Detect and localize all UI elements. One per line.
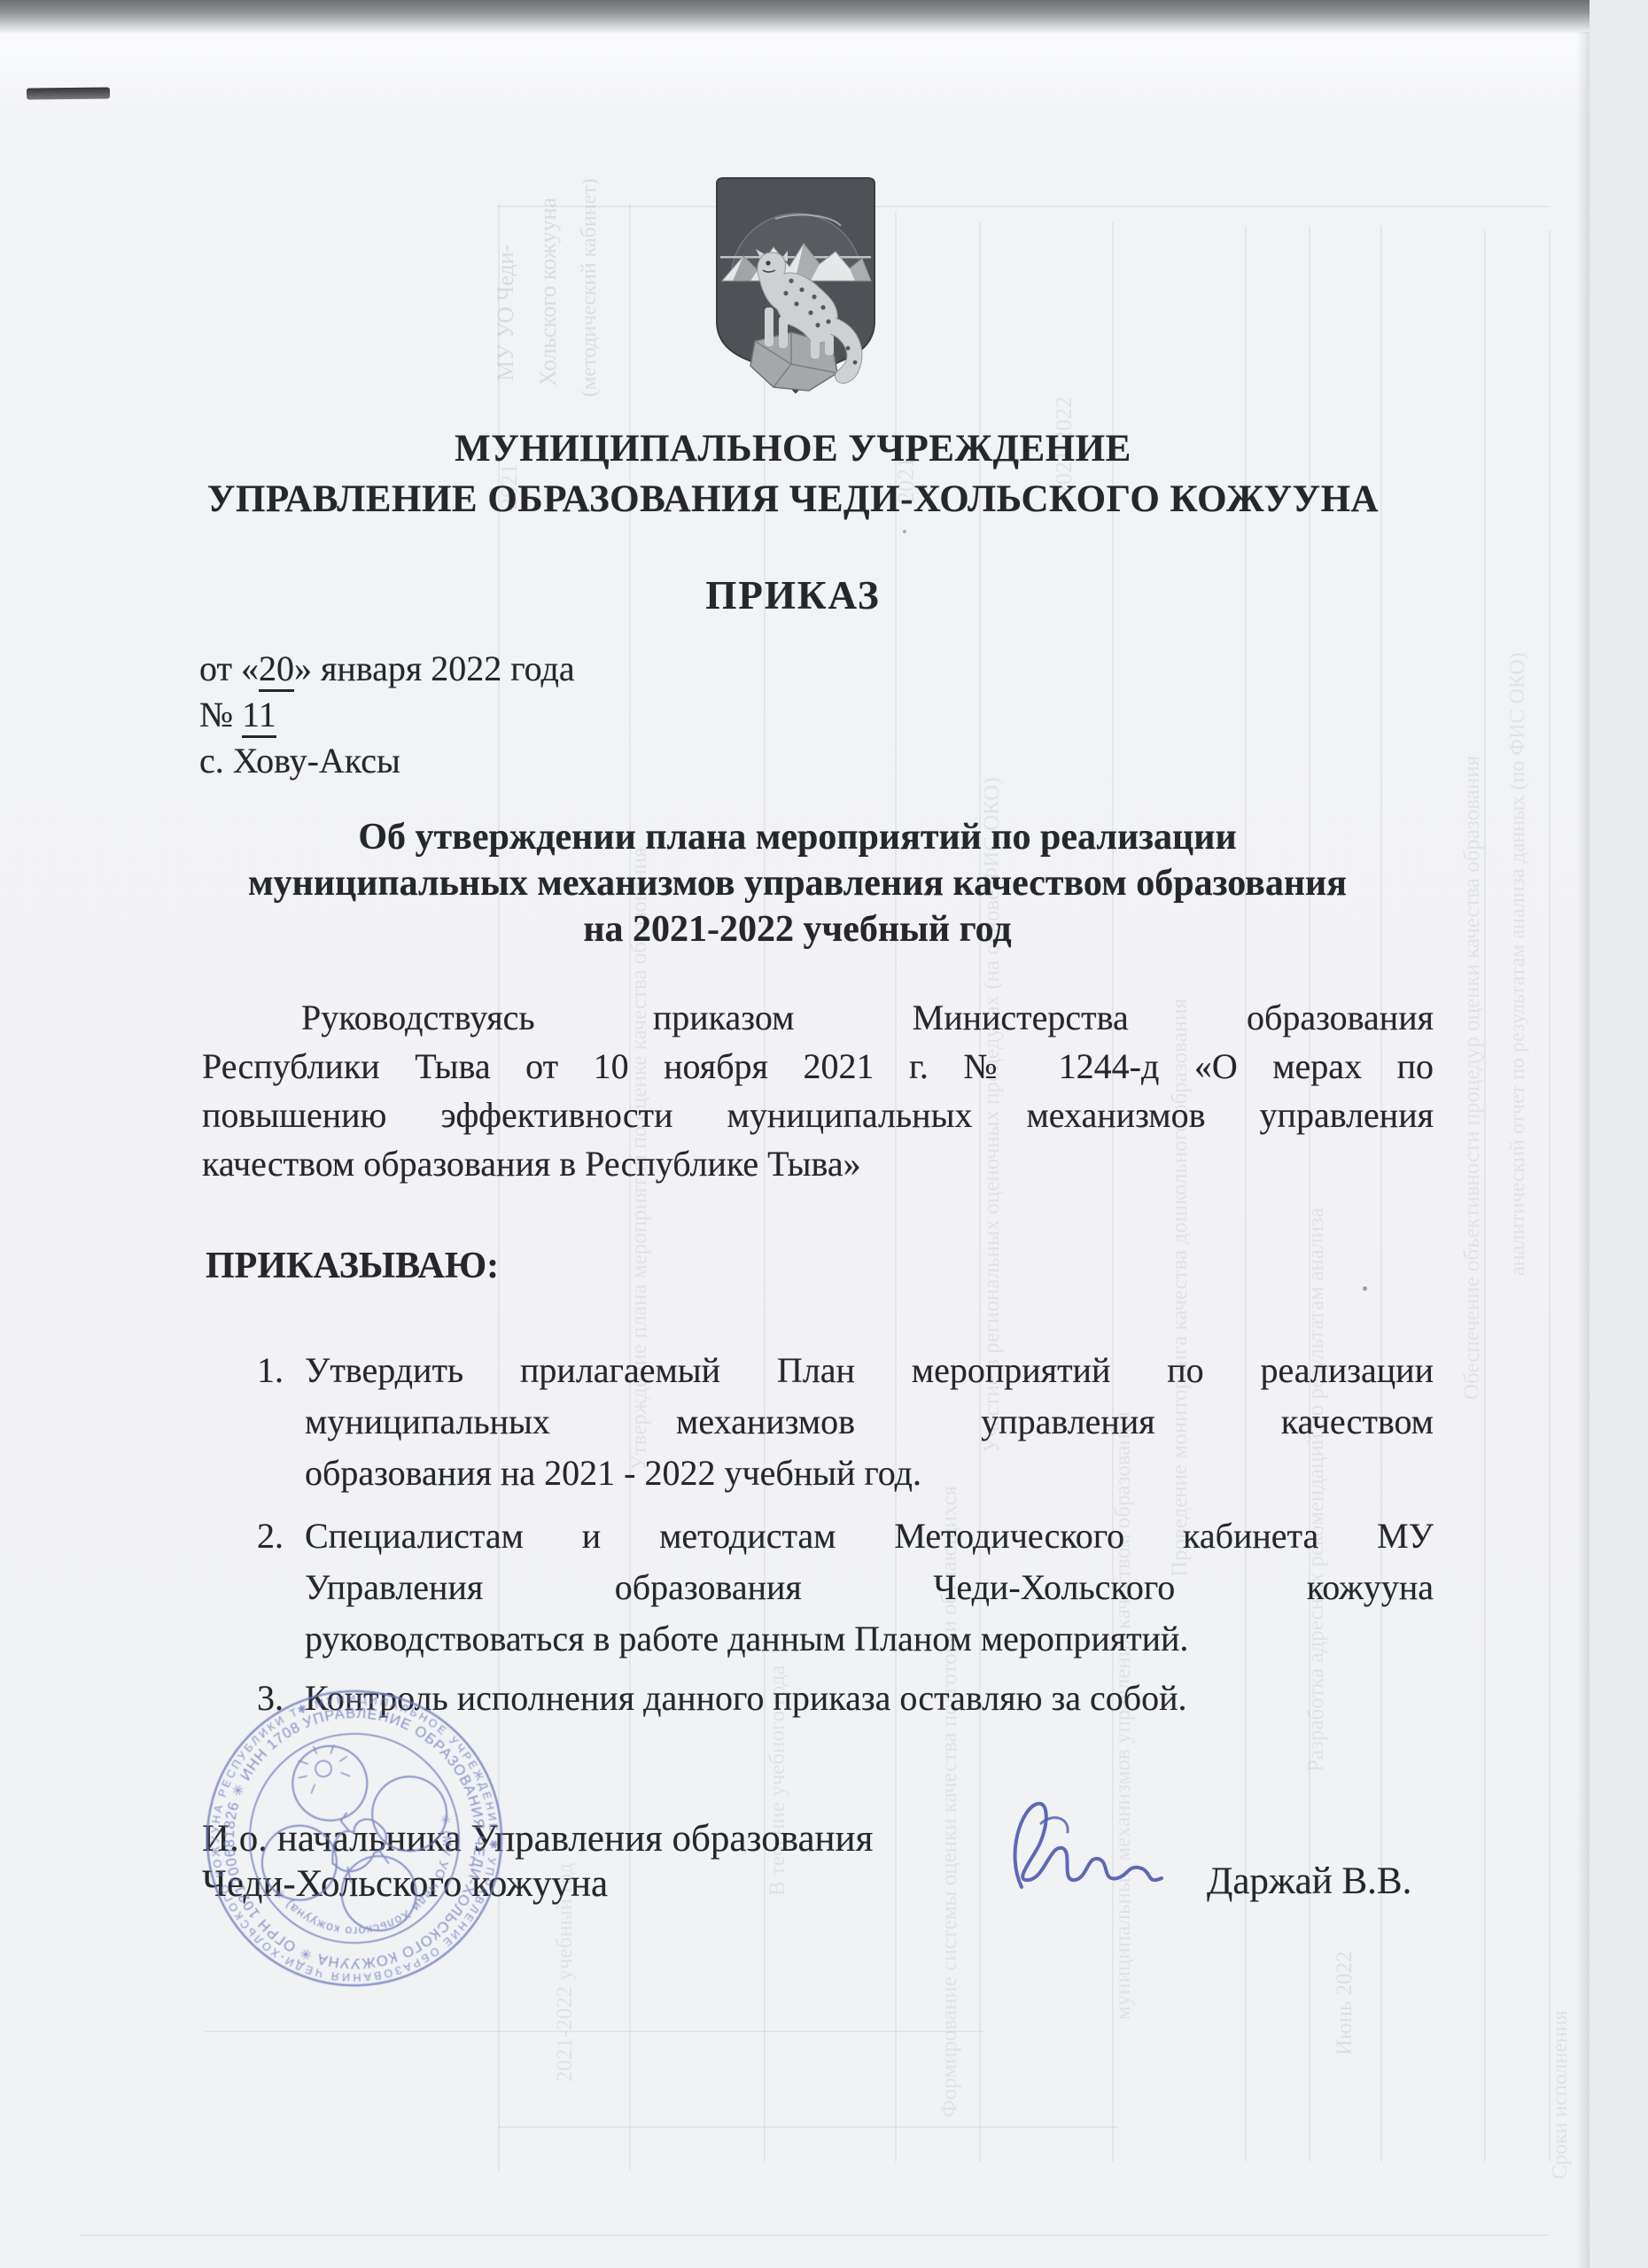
order-item-1-line-1: Утвердить прилагаемый План мероприятий п… bbox=[305, 1351, 1434, 1391]
order-item-1-number: 1. bbox=[257, 1351, 284, 1391]
order-item-2-line-3: руководствоваться в работе данным Планом… bbox=[305, 1619, 1188, 1659]
number-prefix: № bbox=[199, 695, 242, 734]
handwritten-signature bbox=[988, 1783, 1174, 1915]
bleed-text: Разработка адресных рекомендаций по резу… bbox=[1304, 1208, 1329, 1772]
decree-word: ПРИКАЗЫВАЮ: bbox=[206, 1246, 499, 1287]
scan-speck bbox=[1363, 1286, 1367, 1291]
bleed-gridline bbox=[1549, 230, 1551, 2162]
svg-text:УПРАВЛЕНИЕ ОБРАЗОВАНИЯ ЧЕДИ-ХО: УПРАВЛЕНИЕ ОБРАЗОВАНИЯ ЧЕДИ-ХОЛЬСКОГО КО… bbox=[204, 1688, 505, 1989]
bleed-text: МУ УО Чеди- bbox=[493, 245, 519, 381]
bleed-text: Июнь 2022 bbox=[1333, 1951, 1357, 2055]
order-item-1-line-3: образования на 2021 - 2022 учебный год. bbox=[305, 1454, 921, 1494]
bleed-text: Хольского кожууна bbox=[535, 198, 562, 386]
scanner-edge-top bbox=[0, 0, 1648, 34]
svg-text:✱ МУНИЦИПАЛЬНОЕ УЧРЕЖДЕНИЕ ✱ У: ✱ МУНИЦИПАЛЬНОЕ УЧРЕЖДЕНИЕ ✱ УПРАВЛЕНИЕ … bbox=[204, 1688, 505, 1989]
doc-type-title: ПРИКАЗ bbox=[66, 573, 1520, 617]
org-name-line-2: УПРАВЛЕНИЕ ОБРАЗОВАНИЯ ЧЕДИ-ХОЛЬСКОГО КО… bbox=[66, 478, 1520, 521]
preamble-line-4: качеством образования в Республике Тыва» bbox=[202, 1145, 861, 1184]
snow-leopard-coat-of-arms-icon bbox=[706, 175, 885, 394]
place-line: с. Хову-Аксы bbox=[199, 742, 400, 781]
order-item-2-number: 2. bbox=[257, 1517, 284, 1557]
date-line: от «20» января 2022 года bbox=[199, 649, 575, 689]
signee-name: Даржай В.В. bbox=[1207, 1860, 1411, 1903]
stamp-main-ring-text: УПРАВЛЕНИЕ ОБРАЗОВАНИЯ ЧЕДИ-ХОЛЬСКОГО КО… bbox=[204, 1688, 505, 1989]
bleed-text: Сроки исполнения bbox=[1549, 2010, 1573, 2179]
official-round-stamp: ✱ МУНИЦИПАЛЬНОЕ УЧРЕЖДЕНИЕ ✱ УПРАВЛЕНИЕ … bbox=[204, 1688, 505, 1989]
order-item-2-line-2: Управления образования Чеди-Хольского ко… bbox=[305, 1568, 1434, 1608]
org-name-line-1: МУНИЦИПАЛЬНОЕ УЧРЕЖДЕНИЕ bbox=[66, 428, 1520, 470]
scan-speck bbox=[903, 530, 906, 533]
number-value: 11 bbox=[242, 695, 276, 738]
subject-line-2: муниципальных механизмов управления каче… bbox=[106, 863, 1489, 905]
paper-edge-shadow bbox=[1577, 32, 1590, 2268]
bleed-text: аналитический отчет по результатам анали… bbox=[1506, 652, 1530, 1276]
scanned-document: МУ УО Чеди- Хольского кожууна (методичес… bbox=[0, 0, 1648, 2268]
bleed-text: (методический кабинет) bbox=[578, 178, 602, 397]
order-item-2-line-1: Специалистам и методистам Методического … bbox=[305, 1517, 1434, 1557]
preamble-line-3: повышению эффективности муниципальных ме… bbox=[202, 1096, 1434, 1136]
bleed-gridline bbox=[498, 2126, 1118, 2128]
bleed-gridline bbox=[498, 206, 1549, 207]
date-day: 20 bbox=[259, 649, 294, 692]
order-number-line: № 11 bbox=[199, 695, 276, 735]
stamp-outer-ring-text: ✱ МУНИЦИПАЛЬНОЕ УЧРЕЖДЕНИЕ ✱ УПРАВЛЕНИЕ … bbox=[204, 1688, 505, 1989]
bleed-gridline bbox=[204, 2031, 983, 2032]
preamble-line-1: Руководствуясь приказом Министерства обр… bbox=[202, 998, 1434, 1038]
date-suffix: » января 2022 года bbox=[294, 649, 575, 688]
date-prefix: от « bbox=[199, 649, 259, 688]
order-item-1-line-2: муниципальных механизмов управления каче… bbox=[305, 1402, 1434, 1442]
staple-mark bbox=[27, 88, 110, 100]
subject-line-3: на 2021-2022 учебный год bbox=[106, 909, 1489, 951]
bleed-gridline bbox=[80, 2234, 1549, 2236]
subject-line-1: Об утверждении плана мероприятий по реал… bbox=[106, 817, 1489, 858]
scanner-edge-right bbox=[1590, 0, 1648, 2268]
preamble-line-2: Республики Тыва от 10 ноября 2021 г. № 1… bbox=[202, 1047, 1434, 1087]
